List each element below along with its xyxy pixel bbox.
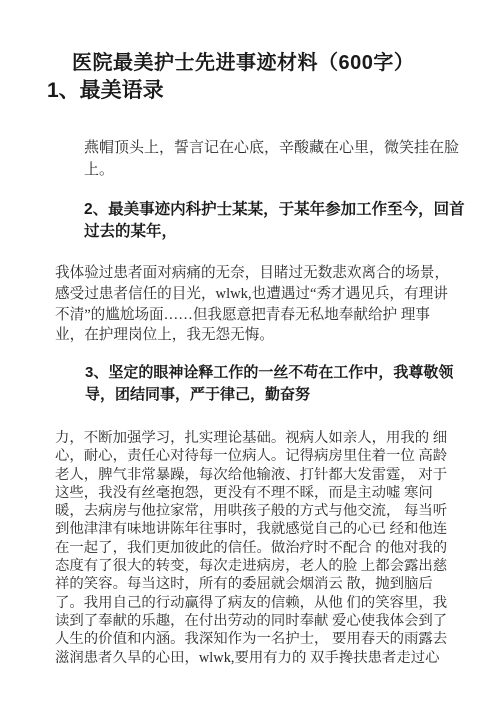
section-2-heading: 2、最美事迹内科护士某某，于某年参加工作至今，回首 过去的某年，	[84, 199, 472, 242]
section-1-quote-paragraph: 燕帽顶头上，誓言记在心底，辛酸藏在心里，微笑挂在脸 上。	[84, 137, 466, 181]
section-3-heading: 3、坚定的眼神诠释工作的一丝不苟在工作中，我尊敬领 导，团结同事，严于律己，勤奋…	[85, 362, 480, 406]
section-1-heading: 1、最美语录	[47, 77, 347, 104]
document-page: 医院最美护士先进事迹材料（600字） 1、最美语录 燕帽顶头上，誓言记在心底，辛…	[0, 0, 500, 724]
document-title: 医院最美护士先进事迹材料（600字）	[72, 50, 472, 76]
section-2-body-paragraph: 我体验过患者面对病痛的无奈，目睹过无数悲欢离合的场景， 感受过患者信任的目光，w…	[55, 263, 467, 346]
section-3-body-paragraph: 力，不断加强学习，扎实理论基础。视病人如亲人，用我的 细 心，耐心，责任心对待每…	[55, 429, 475, 667]
